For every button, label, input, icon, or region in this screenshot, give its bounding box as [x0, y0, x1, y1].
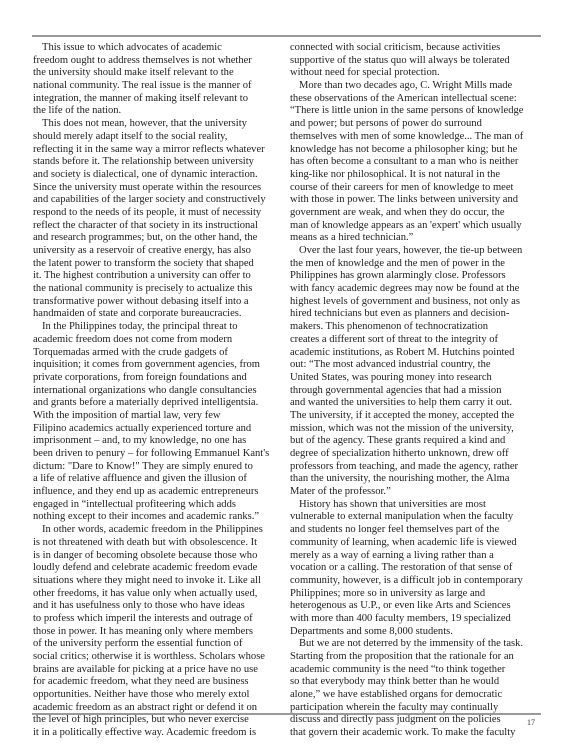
text-line: professors from teaching, and made the a… — [290, 461, 542, 474]
text-line: transformative power without debasing it… — [33, 296, 283, 309]
text-line: the level of high principles, but who ne… — [33, 714, 283, 727]
text-line: it in a politically effective way. Acade… — [33, 727, 283, 740]
text-line: Torquemadas armed with the crude gadgets… — [33, 347, 283, 360]
text-line: the university should make itself releva… — [33, 67, 283, 80]
text-line: academic community is the need “to think… — [290, 664, 542, 677]
text-line: Filipino academics actually experienced … — [33, 423, 283, 436]
text-line: university as a reservoir of creative en… — [33, 245, 283, 258]
text-line: the national community is precisely to a… — [33, 283, 283, 296]
text-line: Departments and some 8,000 students. — [290, 626, 542, 639]
text-line: for academic freedom, what they need are… — [33, 676, 283, 689]
text-line: influence, and they end up as academic e… — [33, 486, 283, 499]
text-line: More than two decades ago, C. Wright Mil… — [290, 80, 542, 93]
text-line: knowledge has not become a philosopher k… — [290, 144, 542, 157]
paragraph: But we are not deterred by the immensity… — [290, 638, 542, 740]
text-line: and students no longer feel themselves p… — [290, 524, 542, 537]
text-line: without need for special protection. — [290, 67, 542, 80]
text-line: “There is little union in the same perso… — [290, 105, 542, 118]
text-line: imprisonment – and, to my knowledge, no … — [33, 435, 283, 448]
text-line: degree of specialization hitherto unknow… — [290, 448, 542, 461]
text-line: discuss and directly pass judgment on th… — [290, 714, 542, 727]
text-line: has often become a consultant to a man w… — [290, 156, 542, 169]
text-line: highest levels of government and busines… — [290, 296, 542, 309]
text-line: History has shown that universities are … — [290, 499, 542, 512]
text-line: mission, which was not the mission of th… — [290, 423, 542, 436]
text-line: course of their careers for men of knowl… — [290, 182, 542, 195]
text-line: other freedoms, it has value only when a… — [33, 588, 283, 601]
text-line: freedom ought to address themselves is n… — [33, 55, 283, 68]
text-line: through governmental agencies that had a… — [290, 385, 542, 398]
paragraph: In the Philippines today, the principal … — [33, 321, 283, 524]
text-line: brains are available for picking at a pr… — [33, 664, 283, 677]
text-line: community of learning, when academic lif… — [290, 537, 542, 550]
text-line: that govern their academic work. To make… — [290, 727, 542, 740]
text-line: integration, the manner of making itself… — [33, 93, 283, 106]
text-line: vulnerable to external manipulation when… — [290, 511, 542, 524]
text-line: these observations of the American intel… — [290, 93, 542, 106]
text-line: but of the agency. These grants required… — [290, 435, 542, 448]
text-line: with fancy academic degrees may now be f… — [290, 283, 542, 296]
text-line: opportunities. Neither have those who me… — [33, 689, 283, 702]
text-line: reflect the character of that society in… — [33, 220, 283, 233]
text-line: the life of the nation. — [33, 105, 283, 118]
text-line: inquisition; it comes from government ag… — [33, 359, 283, 372]
text-line: and wanted the universities to help them… — [290, 397, 542, 410]
text-line: and society is dialectical, one of dynam… — [33, 169, 283, 182]
text-line: the latent power to transform the societ… — [33, 258, 283, 271]
text-line: those in power. It has meaning only wher… — [33, 626, 283, 639]
text-line: community, however, is a difficult job i… — [290, 575, 542, 588]
text-line: Philippines has grown alarmingly close. … — [290, 270, 542, 283]
text-line: The university, if it accepted the money… — [290, 410, 542, 423]
text-line: But we are not deterred by the immensity… — [290, 638, 542, 651]
bottom-rule — [32, 713, 541, 715]
text-line: situations where they might need to invo… — [33, 575, 283, 588]
text-line: so that everybody may think better than … — [290, 676, 542, 689]
page-number: 17 — [527, 718, 535, 727]
paragraph: More than two decades ago, C. Wright Mil… — [290, 80, 542, 245]
paragraph: connected with social criticism, because… — [290, 42, 542, 80]
text-line: academic freedom does not come from mode… — [33, 334, 283, 347]
text-line: is not threatened with death but with ob… — [33, 537, 283, 550]
paragraph: Over the last four years, however, the t… — [290, 245, 542, 499]
text-line: Starting from the proposition that the r… — [290, 651, 542, 664]
text-line: it. The highest contribution a universit… — [33, 270, 283, 283]
text-line: vocation or a calling. The restoration o… — [290, 562, 542, 575]
text-line: connected with social criticism, because… — [290, 42, 542, 55]
text-line: heterogenous as U.P., or even like Arts … — [290, 600, 542, 613]
text-line: hired technicians but even as planners a… — [290, 308, 542, 321]
text-line: creates a different sort of threat to th… — [290, 334, 542, 347]
text-line: Since the university must operate within… — [33, 182, 283, 195]
text-line: government are weak, and when they do oc… — [290, 207, 542, 220]
text-line: Mater of the professor.” — [290, 486, 542, 499]
text-line: stands before it. The relationship betwe… — [33, 156, 283, 169]
text-line: handmaiden of state and corporate bureau… — [33, 308, 283, 321]
text-line: engaged in “intellectual profiteering wh… — [33, 499, 283, 512]
text-line: loudly defend and celebrate academic fre… — [33, 562, 283, 575]
text-line: with more than 400 faculty members, 19 s… — [290, 613, 542, 626]
text-line: Over the last four years, however, the t… — [290, 245, 542, 258]
text-line: With the imposition of martial law, very… — [33, 410, 283, 423]
text-line: makers. This phenomenon of technocratiza… — [290, 321, 542, 334]
text-line: and grants before a materially deprived … — [33, 397, 283, 410]
text-line: social critics; otherwise it is worthles… — [33, 651, 283, 664]
text-line: In other words, academic freedom in the … — [33, 524, 283, 537]
paragraph: This issue to which advocates of academi… — [33, 42, 283, 118]
text-line: means as a hired technician.” — [290, 232, 542, 245]
text-line: and research programmes; but, on the oth… — [33, 232, 283, 245]
text-line: academic institutions, as Robert M. Hutc… — [290, 347, 542, 360]
text-line: themselves with men of some knowledge...… — [290, 131, 542, 144]
text-line: supportive of the status quo will always… — [290, 55, 542, 68]
text-line: nothing except to their incomes and acad… — [33, 511, 283, 524]
text-line: international organizations who dangle c… — [33, 385, 283, 398]
text-line: alone,” we have established organs for d… — [290, 689, 542, 702]
text-line: the men of knowledge and the men of powe… — [290, 258, 542, 271]
left-column: This issue to which advocates of academi… — [33, 42, 283, 740]
text-line: private corporations, from foreign found… — [33, 372, 283, 385]
text-line: This issue to which advocates of academi… — [33, 42, 283, 55]
text-line: merely as a way of earning a living rath… — [290, 550, 542, 563]
text-line: king-like nor philosophical. It is not n… — [290, 169, 542, 182]
paragraph: History has shown that universities are … — [290, 499, 542, 639]
top-rule — [32, 35, 541, 37]
text-line: man of knowledge appears as an 'expert' … — [290, 220, 542, 233]
right-column: connected with social criticism, because… — [290, 42, 542, 740]
text-line: reflecting it in the same way a mirror r… — [33, 144, 283, 157]
paragraph: In other words, academic freedom in the … — [33, 524, 283, 740]
text-line: should merely adapt itself to the social… — [33, 131, 283, 144]
text-line: Philippines; more so in university as la… — [290, 588, 542, 601]
text-line: and it has usefulness only to those who … — [33, 600, 283, 613]
text-line: In the Philippines today, the principal … — [33, 321, 283, 334]
text-line: and power; but persons of power do surro… — [290, 118, 542, 131]
text-line: is in danger of becoming obsolete becaus… — [33, 550, 283, 563]
paragraph: This does not mean, however, that the un… — [33, 118, 283, 321]
text-line: and capabilities of the larger society a… — [33, 194, 283, 207]
text-line: a life of relative affluence and given t… — [33, 473, 283, 486]
text-line: This does not mean, however, that the un… — [33, 118, 283, 131]
text-line: to profess which imperil the interests a… — [33, 613, 283, 626]
text-line: than the university, the nourishing moth… — [290, 473, 542, 486]
text-line: with those in power. The links between u… — [290, 194, 542, 207]
text-line: national community. The real issue is th… — [33, 80, 283, 93]
text-line: United States, was pouring money into re… — [290, 372, 542, 385]
text-line: dictum: "Dare to Know!" They are simply … — [33, 461, 283, 474]
text-line: respond to the needs of its people, it m… — [33, 207, 283, 220]
text-line: been driven to penury – for following Em… — [33, 448, 283, 461]
text-line: out: “The most advanced industrial count… — [290, 359, 542, 372]
text-line: of the university perform the essential … — [33, 638, 283, 651]
